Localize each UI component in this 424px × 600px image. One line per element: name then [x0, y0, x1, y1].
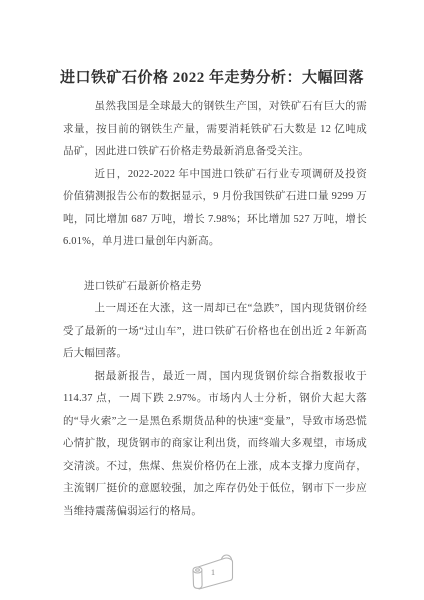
- document-title: 进口铁矿石价格 2022 年走势分析：大幅回落: [40, 62, 384, 94]
- document-body: 虽然我国是全球最大的钢铁生产国，对铁矿石有巨大的需求量，按目前的钢铁生产量，需要…: [63, 96, 367, 523]
- section-heading: 进口铁矿石最新价格走势: [63, 276, 367, 299]
- document-page: 进口铁矿石价格 2022 年走势分析：大幅回落 虽然我国是全球最大的钢铁生产国，…: [0, 0, 424, 600]
- page-number: 1: [207, 567, 219, 578]
- body-paragraph: 上一周还在大涨，这一周却已在“急跌”，国内现货钢价经受了最新的一场“过山车”，进…: [63, 298, 367, 366]
- body-paragraph: 近日，2022-2022 年中国进口铁矿石行业专项调研及投资价值猜测报告公布的数…: [63, 164, 367, 254]
- body-paragraph: 虽然我国是全球最大的钢铁生产国，对铁矿石有巨大的需求量，按目前的钢铁生产量，需要…: [63, 96, 367, 164]
- body-paragraph: 据最新报告，最近一周，国内现货钢价综合指数报收于 114.37 点，一周下跌 2…: [63, 366, 367, 524]
- page-number-ornament: 1: [188, 551, 236, 593]
